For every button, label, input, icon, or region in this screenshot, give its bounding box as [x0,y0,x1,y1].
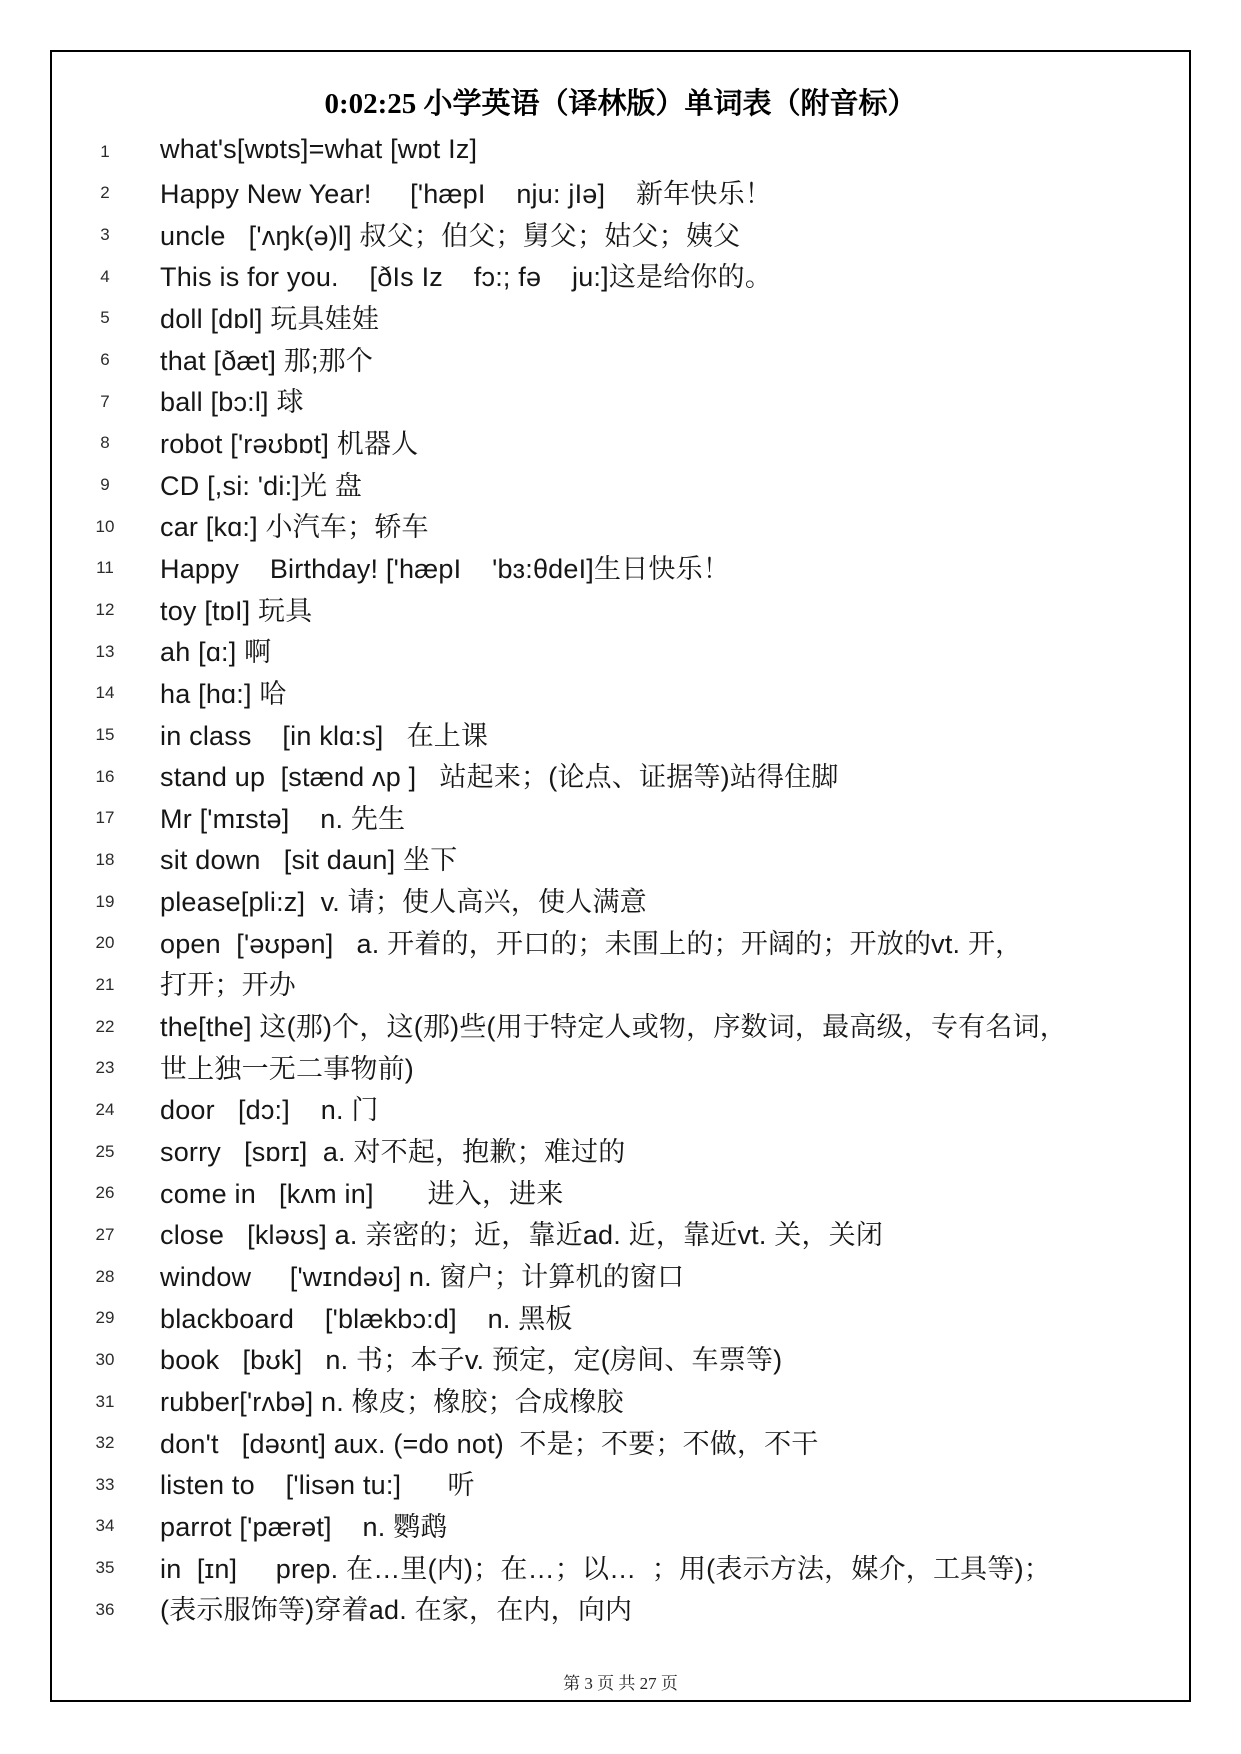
row-text: 世上独一无二事物前) [160,1047,414,1086]
row-text: This is for you. [ðIs Iz fɔ:; fə ju:]这是给… [160,255,772,294]
row-number: 26 [85,1181,125,1201]
list-row: 14ha [hɑ:] 哈 [85,671,1145,713]
list-row: 4This is for you. [ðIs Iz fɔ:; fə ju:]这是… [85,254,1145,296]
row-text: open ['əʊpən] a. 开着的，开口的；未围上的；开阔的；开放的vt.… [160,922,1022,961]
row-number: 23 [85,1056,125,1076]
row-number: 1 [85,140,125,160]
list-row: 3uncle ['ʌŋk(ə)l] 叔父；伯父；舅父；姑父；姨父 [85,212,1145,254]
row-text: stand up [stænd ʌp ] 站起来；(论点、证据等)站得住脚 [160,755,839,794]
list-row: 32don't [dəʊnt] aux. (=do not) 不是；不要；不做，… [85,1420,1145,1462]
list-row: 17Mr ['mɪstə] n. 先生 [85,796,1145,838]
list-row: 6that [ðæt] 那;那个 [85,337,1145,379]
row-number: 28 [85,1265,125,1285]
list-row: 31rubber['rʌbə] n. 橡皮；橡胶；合成橡胶 [85,1379,1145,1421]
row-text: close [kləʊs] a. 亲密的；近，靠近ad. 近，靠近vt. 关，关… [160,1213,883,1252]
row-number: 36 [85,1598,125,1618]
list-row: 10car [kɑ:] 小汽车；轿车 [85,504,1145,546]
row-text: book [bʊk] n. 书；本子v. 预定，定(房间、车票等) [160,1338,782,1377]
row-text: rubber['rʌbə] n. 橡皮；橡胶；合成橡胶 [160,1380,624,1419]
row-number: 4 [85,265,125,285]
row-number: 32 [85,1431,125,1451]
row-number: 10 [85,515,125,535]
row-text: doll [dɒl] 玩具娃娃 [160,297,379,336]
row-text: that [ðæt] 那;那个 [160,339,373,378]
row-number: 19 [85,890,125,910]
row-number: 30 [85,1348,125,1368]
row-text: ha [hɑ:] 哈 [160,672,287,711]
row-text: window ['wɪndəʊ] n. 窗户；计算机的窗口 [160,1255,684,1294]
row-number: 7 [85,390,125,410]
list-row: 24door [dɔ:] n. 门 [85,1087,1145,1129]
list-row: 36(表示服饰等)穿着ad. 在家，在内，向内 [85,1587,1145,1629]
row-number: 18 [85,848,125,868]
list-row: 25sorry [sɒrɪ] a. 对不起，抱歉；难过的 [85,1129,1145,1171]
list-row: 20open ['əʊpən] a. 开着的，开口的；未围上的；开阔的；开放的v… [85,920,1145,962]
row-text: Mr ['mɪstə] n. 先生 [160,797,405,836]
row-text: Happy Birthday! ['hæpI 'bɜ:θdeI]生日快乐！ [160,547,730,586]
row-number: 8 [85,431,125,451]
row-text: don't [dəʊnt] aux. (=do not) 不是；不要；不做，不干 [160,1422,819,1461]
row-number: 24 [85,1098,125,1118]
row-text: uncle ['ʌŋk(ə)l] 叔父；伯父；舅父；姑父；姨父 [160,214,740,253]
row-text: sit down [sit daun] 坐下 [160,838,457,877]
list-row: 19please[pli:z] v. 请；使人高兴，使人满意 [85,879,1145,921]
row-number: 2 [85,181,125,201]
row-number: 29 [85,1306,125,1326]
row-text: robot ['rəʊbɒt] 机器人 [160,422,418,461]
row-number: 5 [85,306,125,326]
row-number: 20 [85,931,125,951]
row-number: 21 [85,973,125,993]
list-row: 9CD [,si: 'di:]光 盘 [85,462,1145,504]
row-text: CD [,si: 'di:]光 盘 [160,464,362,503]
row-number: 15 [85,723,125,743]
row-number: 3 [85,223,125,243]
row-number: 25 [85,1140,125,1160]
list-row: 34parrot ['pærət] n. 鹦鹉 [85,1504,1145,1546]
list-row: 12toy [tɒI] 玩具 [85,587,1145,629]
row-text: in [ɪn] prep. 在…里(内)；在…；以… ；用(表示方法，媒介，工具… [160,1547,1051,1586]
row-number: 33 [85,1473,125,1493]
list-row: 5doll [dɒl] 玩具娃娃 [85,296,1145,338]
list-row: 7ball [bɔ:l] 球 [85,379,1145,421]
list-row: 11Happy Birthday! ['hæpI 'bɜ:θdeI]生日快乐！ [85,546,1145,588]
list-row: 26come in [kʌm in] 进入，进来 [85,1170,1145,1212]
row-text: ball [bɔ:l] 球 [160,380,304,419]
row-text: come in [kʌm in] 进入，进来 [160,1172,564,1211]
row-number: 16 [85,765,125,785]
row-text: sorry [sɒrɪ] a. 对不起，抱歉；难过的 [160,1130,625,1169]
list-row: 8robot ['rəʊbɒt] 机器人 [85,421,1145,463]
row-text: door [dɔ:] n. 门 [160,1088,379,1127]
page-title: 0:02:25 小学英语（译林版）单词表（附音标） [50,81,1191,122]
page-number-footer: 第 3 页 共 27 页 [0,1669,1241,1694]
list-row: 16stand up [stænd ʌp ] 站起来；(论点、证据等)站得住脚 [85,754,1145,796]
list-row: 28window ['wɪndəʊ] n. 窗户；计算机的窗口 [85,1254,1145,1296]
row-text: 打开；开办 [160,963,296,1002]
row-text: what's[wɒts]=what [wɒt Iz] [160,134,477,165]
row-number: 9 [85,473,125,493]
list-row: 33listen to ['lisən tu:] 听 [85,1462,1145,1504]
list-row: 22the[the] 这(那)个，这(那)些(用于特定人或物，序数词，最高级，专… [85,1004,1145,1046]
list-row: 15in class [in klɑ:s] 在上课 [85,712,1145,754]
list-row: 30book [bʊk] n. 书；本子v. 预定，定(房间、车票等) [85,1337,1145,1379]
row-number: 17 [85,806,125,826]
row-text: the[the] 这(那)个，这(那)些(用于特定人或物，序数词，最高级，专有名… [160,1005,1067,1044]
list-row: 1what's[wɒts]=what [wɒt Iz] [85,129,1145,171]
row-number: 13 [85,640,125,660]
row-number: 22 [85,1015,125,1035]
row-text: ah [ɑ:] 啊 [160,630,271,669]
row-number: 31 [85,1390,125,1410]
list-row: 23世上独一无二事物前) [85,1045,1145,1087]
row-number: 11 [85,556,125,576]
row-text: blackboard ['blækbɔ:d] n. 黑板 [160,1297,573,1336]
row-number: 34 [85,1514,125,1534]
row-text: please[pli:z] v. 请；使人高兴，使人满意 [160,880,647,919]
row-text: toy [tɒI] 玩具 [160,589,312,628]
row-text: parrot ['pærət] n. 鹦鹉 [160,1505,448,1544]
list-row: 18sit down [sit daun] 坐下 [85,837,1145,879]
word-list: 1what's[wɒts]=what [wɒt Iz]2Happy New Ye… [85,129,1145,1629]
list-row: 29blackboard ['blækbɔ:d] n. 黑板 [85,1295,1145,1337]
list-row: 27close [kləʊs] a. 亲密的；近，靠近ad. 近，靠近vt. 关… [85,1212,1145,1254]
row-text: in class [in klɑ:s] 在上课 [160,714,488,753]
row-text: (表示服饰等)穿着ad. 在家，在内，向内 [160,1588,632,1627]
row-text: listen to ['lisən tu:] 听 [160,1463,475,1502]
row-text: Happy New Year! ['hæpI nju: jIə] 新年快乐！ [160,172,772,211]
row-number: 12 [85,598,125,618]
row-number: 14 [85,681,125,701]
list-row: 21打开；开办 [85,962,1145,1004]
row-number: 35 [85,1556,125,1576]
list-row: 2Happy New Year! ['hæpI nju: jIə] 新年快乐！ [85,171,1145,213]
row-text: car [kɑ:] 小汽车；轿车 [160,505,429,544]
row-number: 6 [85,348,125,368]
row-number: 27 [85,1223,125,1243]
list-row: 13ah [ɑ:] 啊 [85,629,1145,671]
list-row: 35in [ɪn] prep. 在…里(内)；在…；以… ；用(表示方法，媒介，… [85,1545,1145,1587]
